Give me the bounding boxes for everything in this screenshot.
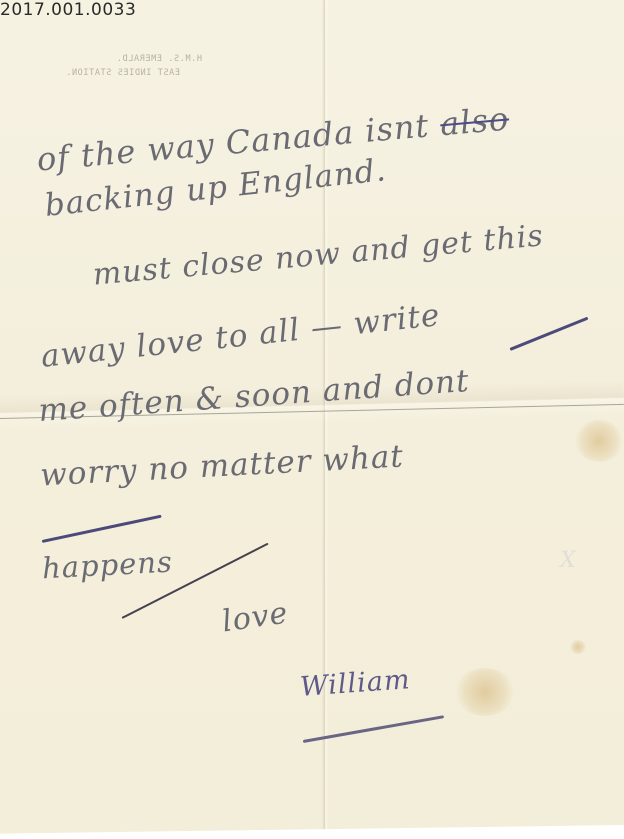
underline-worry — [42, 515, 162, 543]
paper-stain — [575, 420, 623, 462]
letter-closing-love: love — [220, 596, 291, 640]
letter-signature: William — [299, 664, 411, 703]
mirrored-letterhead: H.M.S. EMERALD. EAST INDIES STATION. — [20, 52, 220, 80]
letterhead-station: EAST INDIES STATION. — [20, 66, 220, 80]
archive-accession-number: 2017.001.0033 — [0, 0, 136, 20]
struck-out-word: also — [439, 99, 511, 143]
purple-pencil-stroke — [509, 317, 588, 351]
letter-line-7: happens — [41, 545, 173, 586]
letter-line-4: away love to all — write — [39, 297, 442, 375]
scanned-letter-page: X 2017.001.0033 H.M.S. EMERALD. EAST IND… — [0, 0, 624, 839]
scan-background-edge — [0, 825, 624, 839]
bleed-through-mark: X — [560, 548, 576, 573]
letterhead-ship-name: H.M.S. EMERALD. — [20, 52, 220, 66]
letter-line-6: worry no matter what — [39, 439, 404, 494]
bleed-through-writing — [400, 150, 407, 175]
paper-stain — [455, 668, 515, 716]
letter-line-3: must close now and get this — [91, 218, 545, 292]
paper-stain — [570, 640, 586, 654]
